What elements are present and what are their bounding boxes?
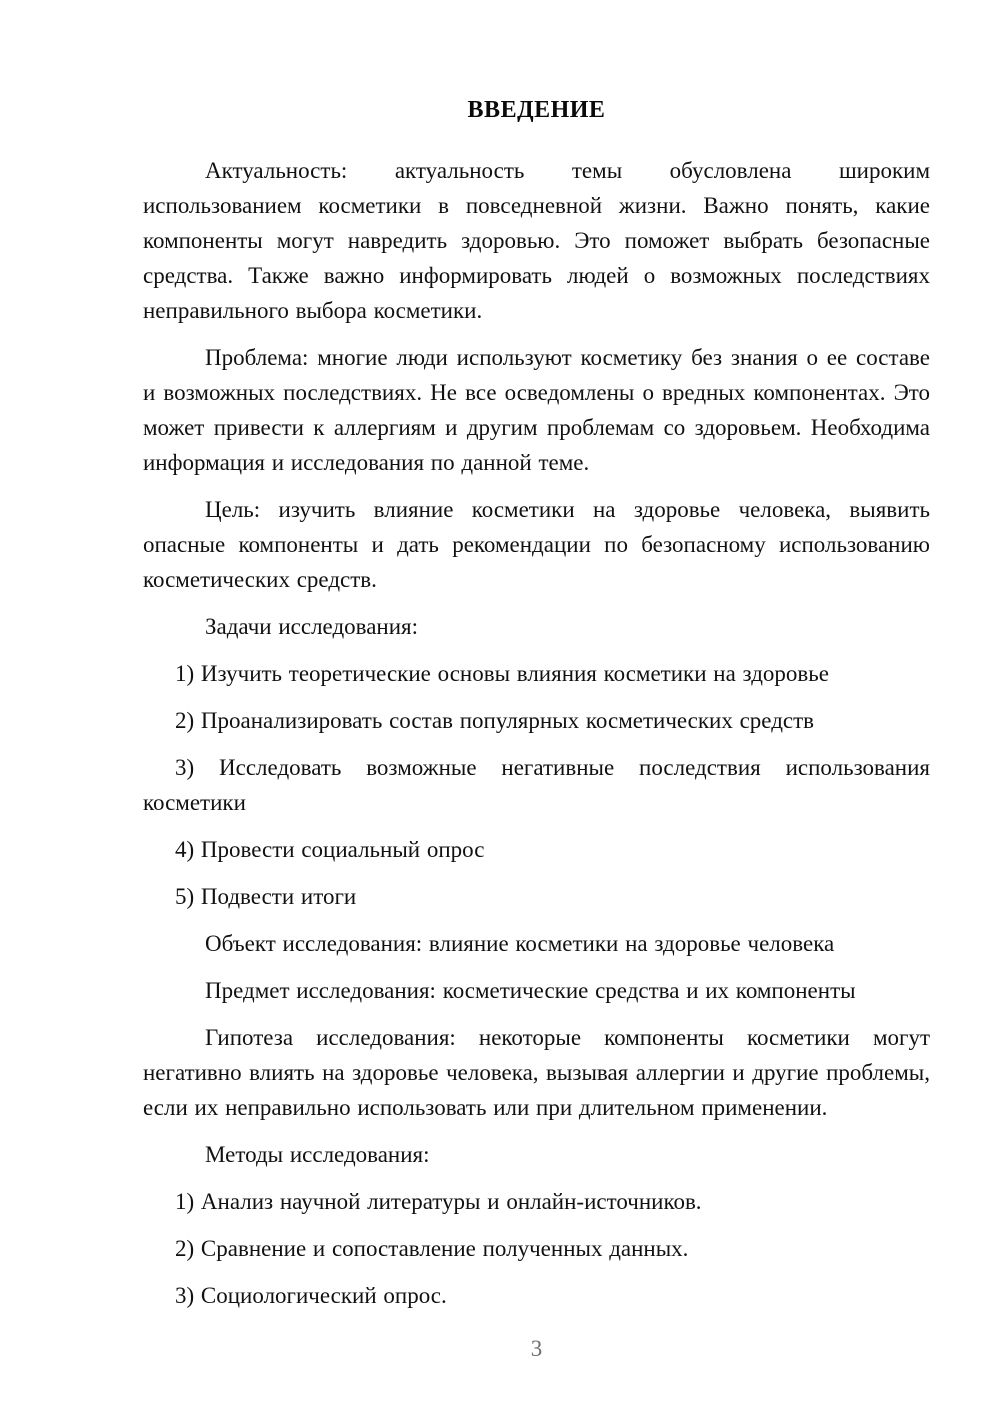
task-item-3: 3) Исследовать возможные негативные посл… — [143, 750, 930, 820]
heading-tasks: Задачи исследования: — [143, 609, 930, 644]
task-item-1: 1) Изучить теоретические основы влияния … — [143, 656, 930, 691]
task-item-2: 2) Проанализировать состав популярных ко… — [143, 703, 930, 738]
page-title: ВВЕДЕНИЕ — [143, 96, 930, 124]
paragraph-relevance: Актуальность: актуальность темы обусловл… — [143, 153, 930, 328]
document-page: ВВЕДЕНИЕ Актуальность: актуальность темы… — [0, 0, 1000, 1414]
heading-methods: Методы исследования: — [143, 1137, 930, 1172]
method-item-1: 1) Анализ научной литературы и онлайн-ис… — [143, 1184, 930, 1219]
paragraph-object: Объект исследования: влияние косметики н… — [143, 926, 930, 961]
paragraph-hypothesis: Гипотеза исследования: некоторые компоне… — [143, 1020, 930, 1125]
method-item-2: 2) Сравнение и сопоставление полученных … — [143, 1231, 930, 1266]
paragraph-problem: Проблема: многие люди используют космети… — [143, 340, 930, 480]
page-number: 3 — [143, 1335, 930, 1362]
task-item-5: 5) Подвести итоги — [143, 879, 930, 914]
paragraph-goal: Цель: изучить влияние косметики на здоро… — [143, 492, 930, 597]
task-item-4: 4) Провести социальный опрос — [143, 832, 930, 867]
document-content: ВВЕДЕНИЕ Актуальность: актуальность темы… — [143, 96, 930, 1325]
method-item-3: 3) Социологический опрос. — [143, 1278, 930, 1313]
paragraph-subject: Предмет исследования: косметические сред… — [143, 973, 930, 1008]
